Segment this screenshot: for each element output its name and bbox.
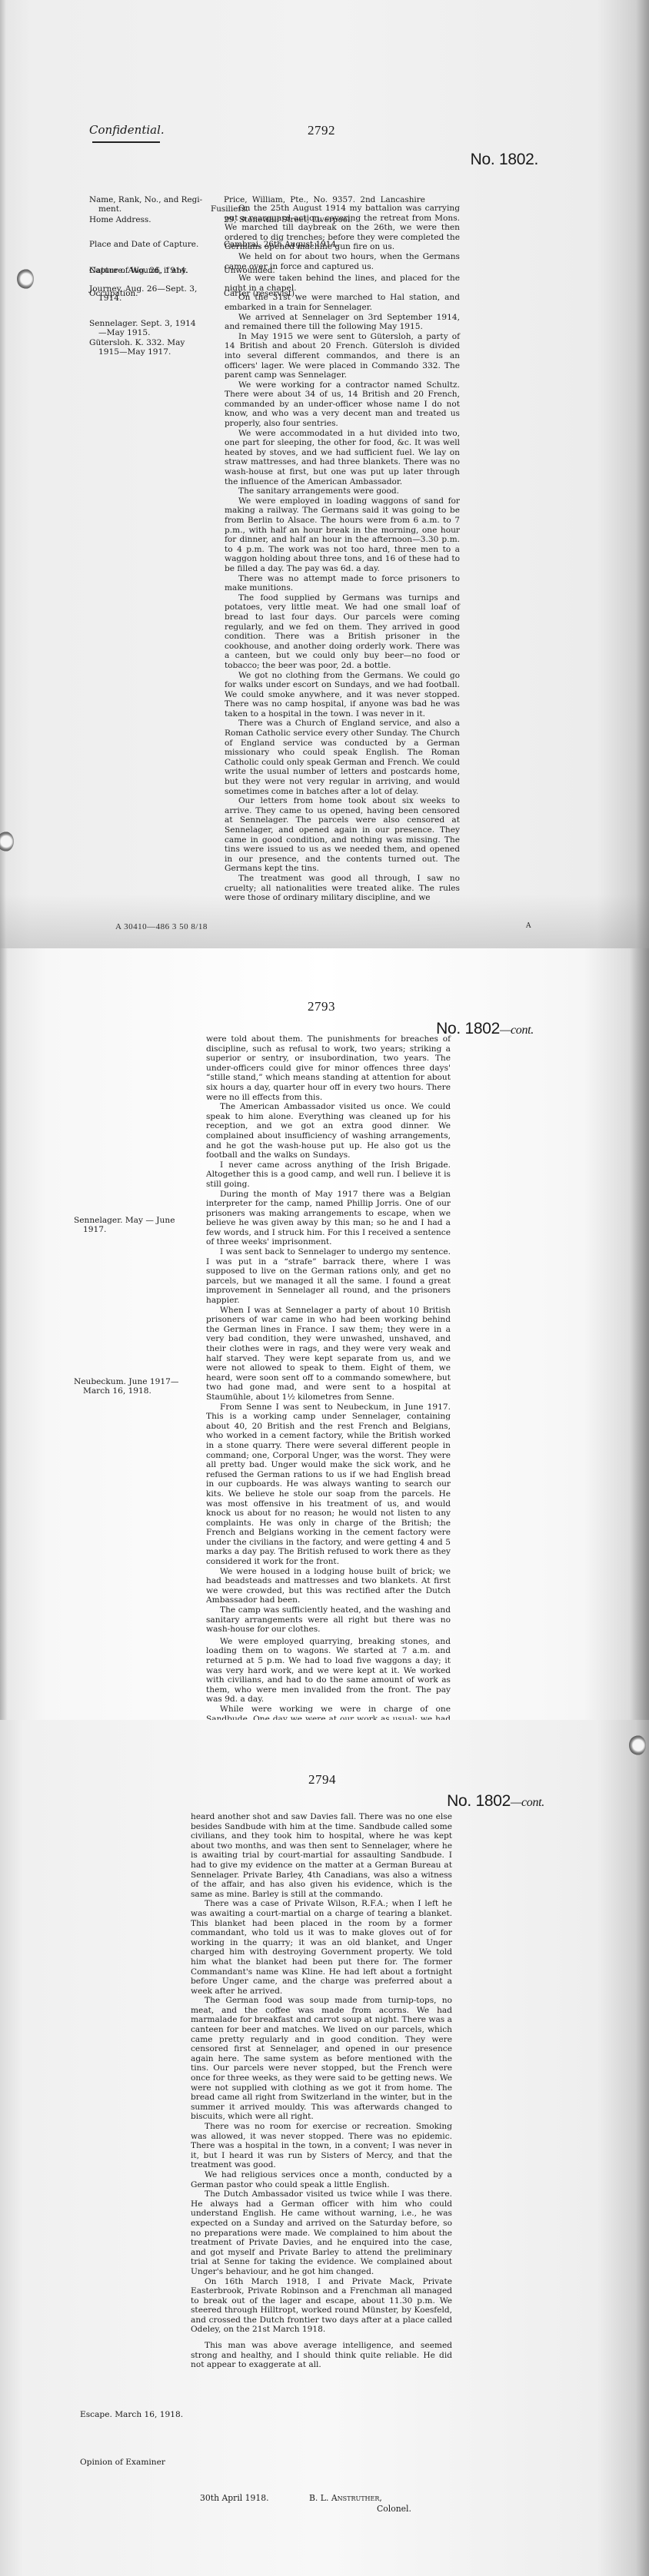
paragraph: We were employed in loading waggons of s… <box>225 496 460 574</box>
record-number: No. 1802—cont. <box>447 1792 544 1811</box>
paragraph: In May 1915 we were sent to Gütersloh, a… <box>225 332 460 380</box>
margin-note-sennelager-1917: Sennelager. May — June 1917. <box>74 1216 189 1235</box>
paragraph: We got no clothing from the Germans. We … <box>225 671 460 719</box>
paragraph: We were accommodated in a hut divided in… <box>225 429 460 487</box>
field-label: Name, Rank, No., and Regi- ment. <box>89 195 212 214</box>
confidential-underline <box>92 141 160 143</box>
paragraph: The food supplied by Germans was turnips… <box>225 593 460 671</box>
paragraph: There was a case of Private Wilson, R.F.… <box>191 1899 452 1996</box>
printer-code: A 30410—486 3 50 8/18 <box>115 922 208 931</box>
paragraph: There was no attempt made to force priso… <box>225 574 460 593</box>
paragraph: I never came across anything of the Iris… <box>206 1160 451 1190</box>
margin-note-sennelager: Sennelager. Sept. 3, 1914 —May 1915. <box>89 319 205 338</box>
paragraph: During the month of May 1917 there was a… <box>206 1190 451 1248</box>
paragraph: The German food was soup made from turni… <box>191 1996 452 2122</box>
punch-hole-icon <box>629 1735 646 1755</box>
paragraph: We were employed quarrying, breaking sto… <box>206 1637 451 1705</box>
statement-body-page-2792: On the 25th August 1914 my battalion was… <box>225 204 460 903</box>
examiner-rank: Colonel. <box>377 2504 411 2514</box>
punch-hole-icon <box>0 832 14 851</box>
margin-note-opinion-of-examiner: Opinion of Examiner <box>80 2458 195 2467</box>
paragraph: Our letters from home took about six wee… <box>225 796 460 874</box>
punch-hole-icon <box>17 269 34 289</box>
document-page-2793: 2793 No. 1802—cont. Sennelager. May — Ju… <box>0 948 649 1720</box>
margin-note-neubeckum: Neubeckum. June 1917— March 16, 1918. <box>74 1377 189 1396</box>
paragraph: We were housed in a lodging house built … <box>206 1567 451 1605</box>
paragraph: While were working we were in charge of … <box>206 1705 451 1720</box>
paragraph: On 16th March 1918, I and Private Mack, … <box>191 2277 452 2335</box>
margin-note-escape: Escape. March 16, 1918. <box>80 2410 195 2419</box>
examiner-opinion: This man was above average intelligence,… <box>191 2341 452 2370</box>
paragraph: We arrived at Sennelager on 3rd Septembe… <box>225 313 460 332</box>
paragraph: There was no room for exercise or recrea… <box>191 2122 452 2170</box>
margin-note-journey: Journey. Aug. 26—Sept. 3, 1914. <box>89 284 205 304</box>
paragraph: The treatment was good all through, I sa… <box>225 874 460 903</box>
statement-body-page-2794: heard another shot and saw Davies fall. … <box>191 1812 452 2370</box>
page-number: 2793 <box>0 999 649 1014</box>
paragraph: I was sent back to Sennelager to undergo… <box>206 1247 451 1306</box>
paragraph: We were taken behind the lines, and plac… <box>225 274 460 293</box>
examiner-name: B. L. Anstruther, <box>309 2493 382 2503</box>
margin-note-capture: Capture. Aug. 26, 1914. <box>89 266 205 275</box>
paragraph: We had religious services once a month, … <box>191 2170 452 2189</box>
document-page-2792: Confidential. 2792 No. 1802. Name, Rank,… <box>0 0 649 948</box>
paragraph: The camp was sufficiently heated, and th… <box>206 1605 451 1635</box>
paragraph: On the 31st we were marched to Hal stati… <box>225 293 460 312</box>
paragraph: On the 25th August 1914 my battalion was… <box>225 204 460 252</box>
paragraph: We held on for about two hours, when the… <box>225 252 460 271</box>
document-page-2794: 2794 No. 1802—cont. Escape. March 16, 19… <box>0 1720 649 2576</box>
statement-body-page-2793: were told about them. The punishments fo… <box>206 1034 451 1720</box>
margin-note-gutersloh: Gütersloh. K. 332. May 1915—May 1917. <box>89 338 205 357</box>
page-number: 2794 <box>0 1772 649 1788</box>
paragraph: The Dutch Ambassador visited us twice wh… <box>191 2189 452 2276</box>
paragraph: heard another shot and saw Davies fall. … <box>191 1812 452 1899</box>
paragraph: We were working for a contractor named S… <box>225 380 460 429</box>
paragraph: When I was at Sennelager a party of abou… <box>206 1306 451 1403</box>
page-number: 2792 <box>0 123 649 138</box>
signature-mark: A <box>526 922 531 930</box>
paragraph: were told about them. The punishments fo… <box>206 1034 451 1102</box>
signoff-date: 30th April 1918. <box>200 2493 269 2503</box>
record-number: No. 1802. <box>471 151 538 169</box>
record-number: No. 1802—cont. <box>436 1020 534 1038</box>
paragraph: The sanitary arrangements were good. <box>225 486 460 496</box>
paragraph: The American Ambassador visited us once.… <box>206 1102 451 1160</box>
paragraph: There was a Church of England service, a… <box>225 719 460 796</box>
paragraph: From Senne I was sent to Neubeckum, in J… <box>206 1403 451 1567</box>
